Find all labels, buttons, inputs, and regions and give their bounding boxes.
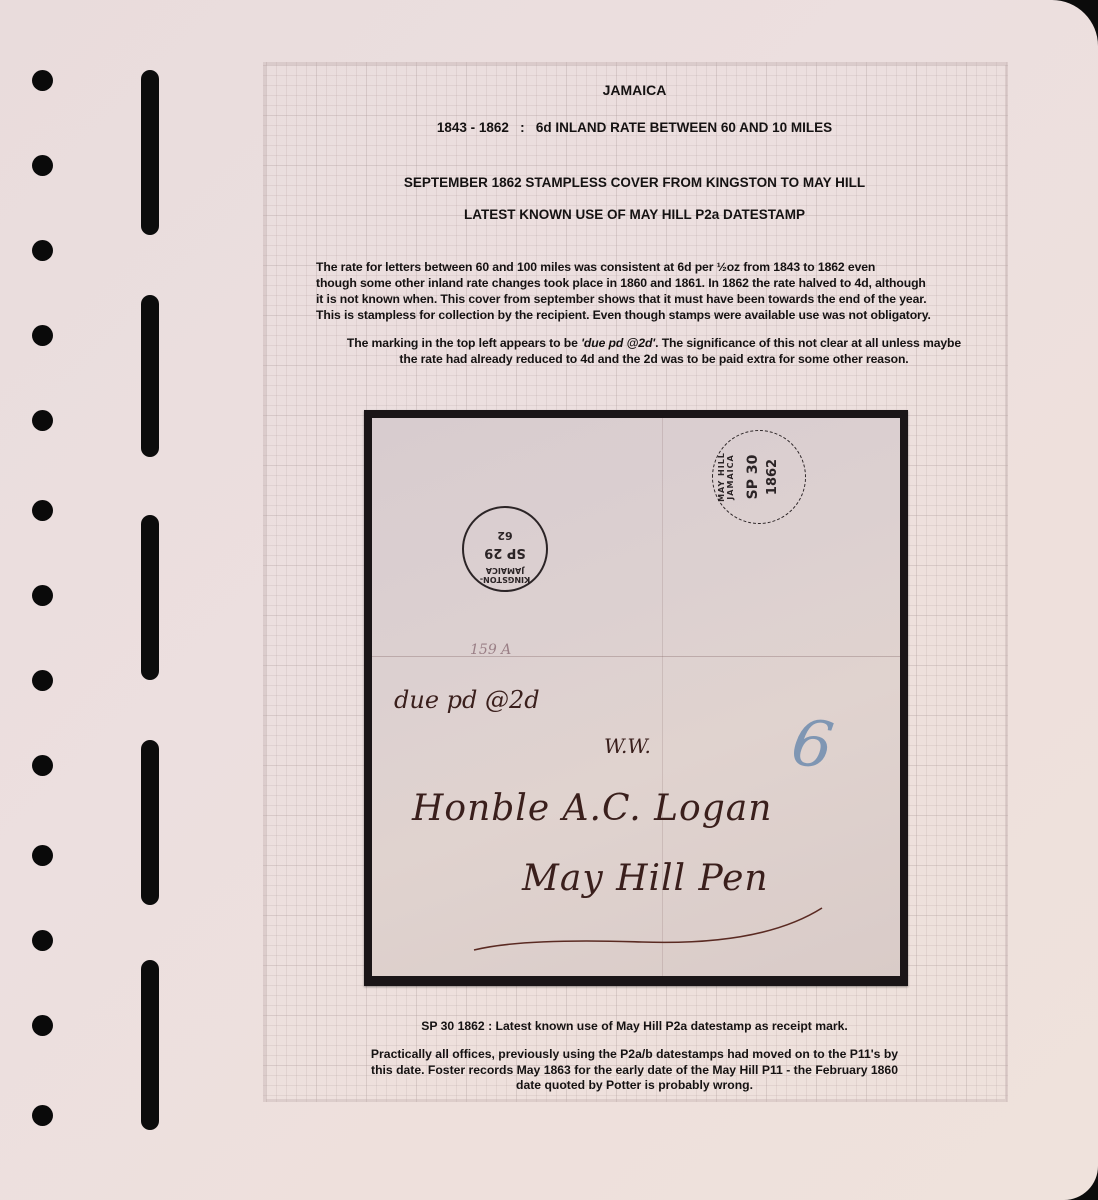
postmark-ring-text: MAY HILL JAMAICA <box>717 431 735 523</box>
intro-line: The rate for letters between 60 and 100 … <box>316 259 996 275</box>
caption-note-line: this date. Foster records May 1863 for t… <box>262 1063 1007 1079</box>
caption-note-line: date quoted by Potter is probably wrong. <box>262 1078 1007 1094</box>
manuscript-due-marking: due pd @2d <box>394 686 540 714</box>
may-hill-postmark: MAY HILL JAMAICA SP 30 1862 <box>712 430 806 524</box>
marking-line-2: the rate had already reduced to 4d and t… <box>314 351 994 367</box>
intro-paragraph: The rate for letters between 60 and 100 … <box>316 259 996 323</box>
marking-line-1: The marking in the top left appears to b… <box>314 335 994 351</box>
manuscript-initials: W.W. <box>604 734 651 758</box>
caption-note-line: Practically all offices, previously usin… <box>262 1047 1007 1063</box>
underline-flourish-icon <box>462 898 842 958</box>
binder-hole-slot <box>141 295 159 457</box>
manuscript-place: May Hill Pen <box>522 858 769 899</box>
binder-hole-round <box>32 70 53 91</box>
binder-hole-slot <box>141 70 159 235</box>
fold-line <box>372 656 900 657</box>
binder-hole-slot <box>141 515 159 680</box>
intro-line: it is not known when. This cover from se… <box>316 291 996 307</box>
binder-hole-round <box>32 500 53 521</box>
intro-line: This is stampless for collection by the … <box>316 307 996 323</box>
postmark-year: 62 <box>464 529 546 542</box>
manuscript-rate-marking: 6 <box>787 706 838 785</box>
binder-hole-round <box>32 930 53 951</box>
cover-heading: SEPTEMBER 1862 STAMPLESS COVER FROM KING… <box>262 175 1007 190</box>
postmark-date: SP 29 <box>464 545 546 560</box>
binder-hole-round <box>32 325 53 346</box>
binder-hole-round <box>32 755 53 776</box>
manuscript-addressee: Honble A.C. Logan <box>412 788 772 829</box>
binder-hole-round <box>32 155 53 176</box>
binder-hole-round <box>32 1105 53 1126</box>
binder-hole-slot <box>141 740 159 905</box>
caption-notes: Practically all offices, previously usin… <box>262 1047 1007 1094</box>
binder-hole-round <box>32 1015 53 1036</box>
binder-hole-slot <box>141 960 159 1130</box>
intro-line: though some other inland rate changes to… <box>316 275 996 291</box>
binder-hole-round <box>32 585 53 606</box>
pencil-note: 159 A <box>470 642 511 658</box>
binder-hole-round <box>32 845 53 866</box>
binder-hole-round <box>32 240 53 261</box>
binder-hole-round <box>32 670 53 691</box>
stampless-cover: KINGSTON-JAMAICA SP 29 62 MAY HILL JAMAI… <box>372 418 900 976</box>
subheading: LATEST KNOWN USE OF MAY HILL P2a DATESTA… <box>262 207 1007 222</box>
marking-paragraph: The marking in the top left appears to b… <box>314 335 994 367</box>
period-heading: 1843 - 1862 : 6d INLAND RATE BETWEEN 60 … <box>262 120 1007 135</box>
postmark-date: SP 30 <box>745 431 761 523</box>
marking-quote: 'due pd @2d' <box>581 336 655 350</box>
album-page: JAMAICA 1843 - 1862 : 6d INLAND RATE BET… <box>0 0 1098 1200</box>
marking-text: . The significance of this not clear at … <box>655 336 961 350</box>
postmark-year: 1862 <box>765 431 780 523</box>
kingston-postmark: KINGSTON-JAMAICA SP 29 62 <box>462 506 548 592</box>
caption-main: SP 30 1862 : Latest known use of May Hil… <box>262 1019 1007 1033</box>
postmark-ring-text: KINGSTON-JAMAICA <box>464 566 546 584</box>
marking-text: The marking in the top left appears to b… <box>347 336 581 350</box>
binder-hole-round <box>32 410 53 431</box>
country-heading: JAMAICA <box>262 82 1007 98</box>
